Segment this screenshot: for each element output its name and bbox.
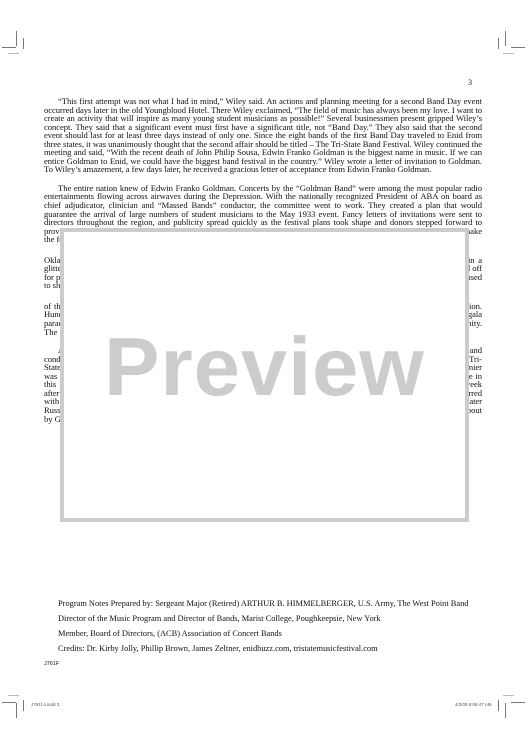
catalog-code: J761F bbox=[44, 661, 59, 667]
credits-director: Director of the Music Program and Direct… bbox=[44, 614, 484, 623]
crop-mark-tr-v2 bbox=[498, 38, 499, 49]
crop-mark-bl-v2 bbox=[23, 700, 24, 711]
paragraph-1: “This first attempt was not what I had i… bbox=[44, 97, 482, 174]
credits-prepared-by: Program Notes Prepared by: Sergeant Majo… bbox=[44, 599, 484, 608]
page-number: 3 bbox=[468, 78, 472, 87]
crop-mark-br-v bbox=[505, 703, 506, 718]
crop-mark-bl-h bbox=[2, 702, 16, 703]
preview-overlay: Preview bbox=[60, 228, 469, 522]
credits-list: Credits: Dr. Kirby Jolly, Phillip Brown,… bbox=[44, 644, 484, 653]
crop-mark-bl-v bbox=[16, 703, 17, 718]
crop-mark-tr-h2 bbox=[503, 53, 514, 54]
credits-block: Program Notes Prepared by: Sergeant Majo… bbox=[44, 599, 484, 659]
crop-mark-br-v2 bbox=[498, 700, 499, 711]
slug-filename: J761f a.indd 3 bbox=[31, 702, 59, 707]
crop-mark-tr-v bbox=[505, 31, 506, 46]
crop-mark-br-h2 bbox=[503, 695, 514, 696]
crop-mark-tl-v bbox=[16, 31, 17, 46]
crop-mark-br-h bbox=[511, 702, 525, 703]
preview-watermark: Preview bbox=[64, 325, 465, 408]
crop-mark-tr-h bbox=[511, 47, 525, 48]
crop-mark-tl-h bbox=[2, 47, 16, 48]
paragraph-2-text: The entire nation knew of Edwin Franko G… bbox=[44, 183, 482, 219]
crop-mark-tl-v2 bbox=[23, 38, 24, 49]
slug-timestamp: 4/2/09 9:06:47 AM bbox=[455, 702, 492, 707]
credits-member: Member, Board of Directors, (ACB) Associ… bbox=[44, 629, 484, 638]
crop-mark-bl-h2 bbox=[8, 695, 19, 696]
crop-mark-tl-h2 bbox=[8, 53, 19, 54]
